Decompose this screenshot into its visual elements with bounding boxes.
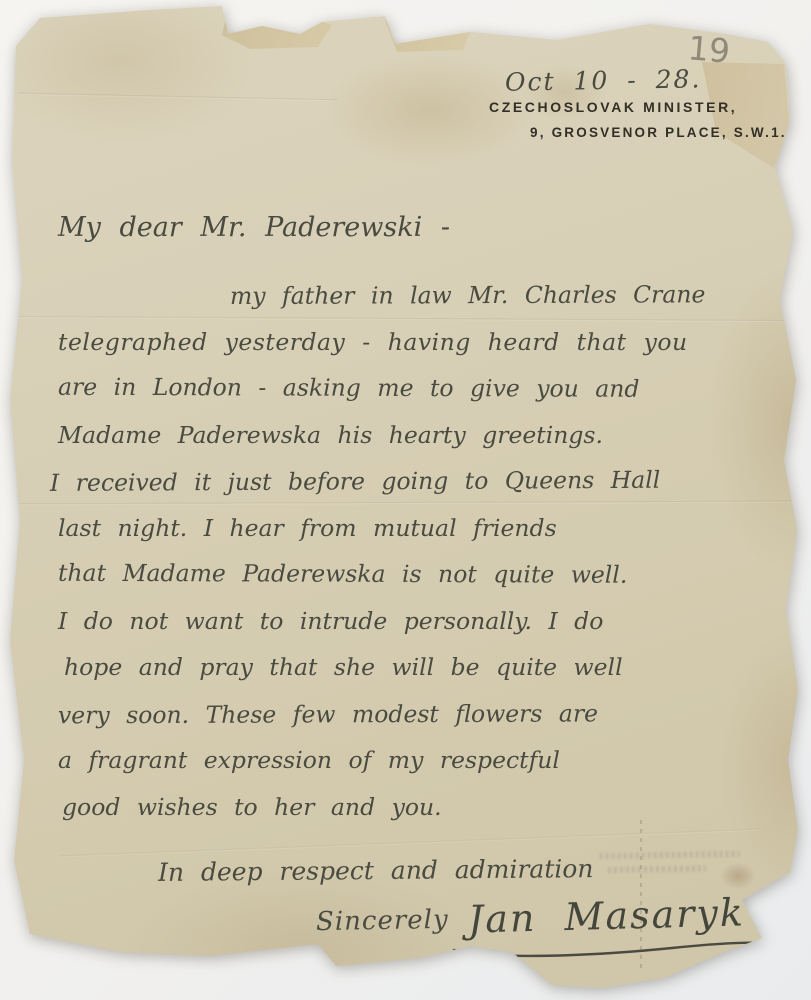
body-line: hope and pray that she will be quite wel… xyxy=(64,644,785,691)
body-line: I do not want to intrude personally. I d… xyxy=(58,598,785,645)
torn-flap-top-left xyxy=(220,5,335,50)
fold-crease xyxy=(18,93,338,102)
body-line: a fragrant expression of my respectful xyxy=(58,737,785,784)
signature: Jan Masaryk xyxy=(467,890,745,941)
body-line: are in London - asking me to give you an… xyxy=(58,364,785,413)
bleedthrough-stamp xyxy=(600,851,741,893)
body-line: my father in law Mr. Charles Crane xyxy=(230,271,785,319)
scan-background: 19 Oct 10 - 28. CZECHOSLOVAK MINISTER, 9… xyxy=(0,0,811,1000)
salutation: My dear Mr. Paderewski - xyxy=(58,212,450,243)
signoff: Sincerely xyxy=(316,905,449,937)
letter-paper: 19 Oct 10 - 28. CZECHOSLOVAK MINISTER, 9… xyxy=(0,0,811,1000)
letterhead-title: CZECHOSLOVAK MINISTER, xyxy=(489,99,737,115)
body-line: that Madame Paderewska is not quite well… xyxy=(58,550,785,599)
body-line: I received it just before going to Queen… xyxy=(50,456,785,506)
torn-flap-top-center xyxy=(383,14,475,54)
signature-flourish xyxy=(452,940,782,960)
body-line: Madame Paderewska his hearty greetings. xyxy=(58,412,785,459)
closing-line: In deep respect and admiration xyxy=(158,854,594,887)
paper-shadow: 19 Oct 10 - 28. CZECHOSLOVAK MINISTER, 9… xyxy=(0,0,811,1000)
body-line: very soon. These few modest flowers are xyxy=(58,689,785,738)
body-line: telegraphed yesterday - having heard tha… xyxy=(58,319,785,366)
letter-body: my father in law Mr. Charles Crane teleg… xyxy=(58,272,785,830)
letter-date: Oct 10 - 28. xyxy=(505,64,702,96)
letterhead-address: 9, GROSVENOR PLACE, S.W.1. xyxy=(530,125,787,140)
body-line: good wishes to her and you. xyxy=(62,784,785,831)
body-line: last night. I hear from mutual friends xyxy=(58,505,785,552)
